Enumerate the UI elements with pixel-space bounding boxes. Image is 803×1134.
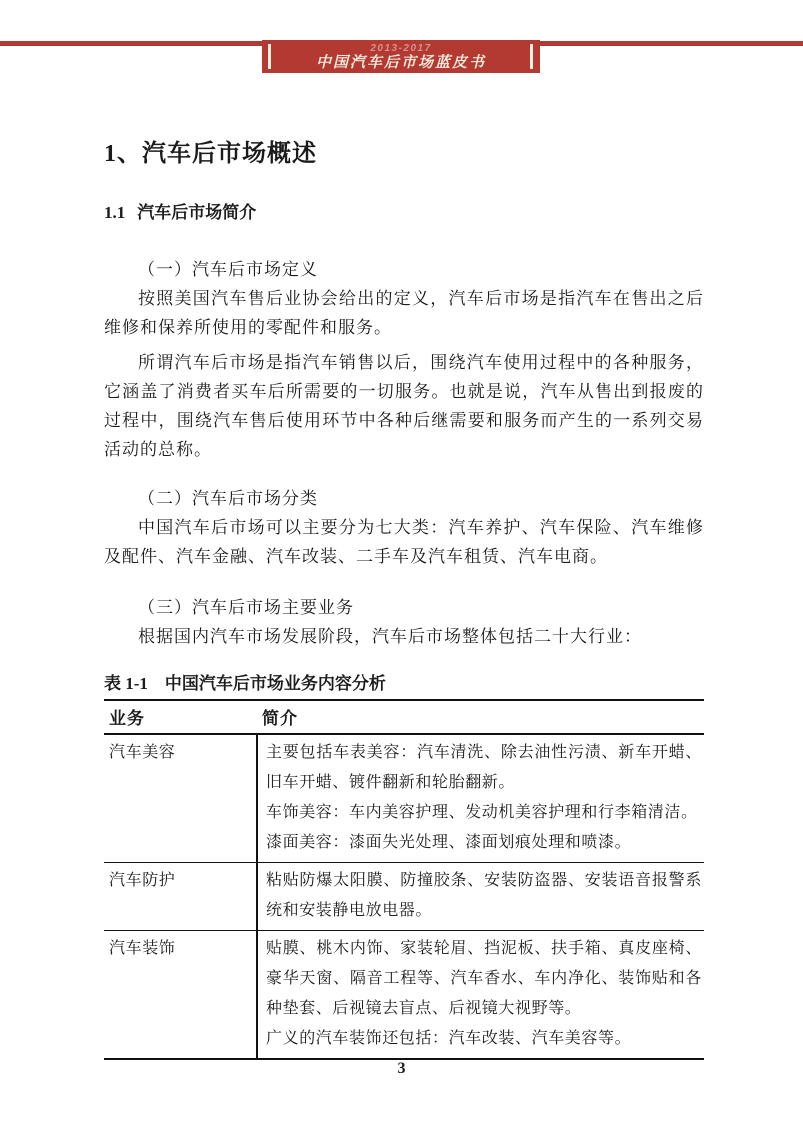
intro-cell: 贴膜、桃木内饰、家装轮眉、挡泥板、扶手箱、真皮座椅、豪华天窗、隔音工程等、汽车香… <box>257 931 704 1060</box>
business-cell: 汽车防护 <box>104 863 257 931</box>
table-row: 汽车美容 主要包括车表美容：汽车清洗、除去油性污渍、新车开蜡、旧车开蜡、镀件翻新… <box>104 734 704 863</box>
paragraph-scope: 所谓汽车后市场是指汽车销售以后，围绕汽车使用过程中的各种服务，它涵盖了消费者买车… <box>104 348 704 464</box>
subheading-definition: （一）汽车后市场定义 <box>104 255 704 284</box>
intro-cell: 粘贴防爆太阳膜、防撞胶条、安装防盗器、安装语音报警系统和安装静电放电器。 <box>257 863 704 931</box>
intro-line: 贴膜、桃木内饰、家装轮眉、挡泥板、扶手箱、真皮座椅、豪华天窗、隔音工程等、汽车香… <box>266 934 702 1024</box>
intro-line: 漆面美容：漆面失光处理、漆面划痕处理和喷漆。 <box>266 828 702 858</box>
document-page: 2013-2017 中国汽车后市场蓝皮书 1、汽车后市场概述 1.1汽车后市场简… <box>0 0 803 1134</box>
table-caption: 表 1-1 中国汽车后市场业务内容分析 <box>104 672 704 696</box>
column-header-intro: 简介 <box>257 700 704 734</box>
table-row: 汽车防护 粘贴防爆太阳膜、防撞胶条、安装防盗器、安装语音报警系统和安装静电放电器… <box>104 863 704 931</box>
section-heading: 1.1汽车后市场简介 <box>104 201 704 225</box>
intro-line: 车饰美容：车内美容护理、发动机美容护理和行李箱清洁。 <box>266 798 702 828</box>
subheading-main-business: （三）汽车后市场主要业务 <box>104 593 704 622</box>
section-number: 1.1 <box>104 203 125 222</box>
business-cell: 汽车美容 <box>104 734 257 863</box>
paragraph-main-business: 根据国内汽车市场发展阶段，汽车后市场整体包括二十大行业： <box>104 622 704 651</box>
paragraph-classification: 中国汽车后市场可以主要分为七大类：汽车养护、汽车保险、汽车维修及配件、汽车金融、… <box>104 513 704 571</box>
column-header-business: 业务 <box>104 700 257 734</box>
page-content: 1、汽车后市场概述 1.1汽车后市场简介 （一）汽车后市场定义 按照美国汽车售后… <box>104 0 704 1060</box>
table-header-row: 业务 简介 <box>104 700 704 734</box>
intro-cell: 主要包括车表美容：汽车清洗、除去油性污渍、新车开蜡、旧车开蜡、镀件翻新和轮胎翻新… <box>257 734 704 863</box>
business-cell: 汽车装饰 <box>104 931 257 1060</box>
business-table: 业务 简介 汽车美容 主要包括车表美容：汽车清洗、除去油性污渍、新车开蜡、旧车开… <box>104 699 704 1060</box>
intro-line: 粘贴防爆太阳膜、防撞胶条、安装防盗器、安装语音报警系统和安装静电放电器。 <box>266 866 702 926</box>
intro-line: 广义的汽车装饰还包括：汽车改装、汽车美容等。 <box>266 1024 702 1054</box>
section-title: 汽车后市场简介 <box>137 203 256 222</box>
table-row: 汽车装饰 贴膜、桃木内饰、家装轮眉、挡泥板、扶手箱、真皮座椅、豪华天窗、隔音工程… <box>104 931 704 1060</box>
paragraph-definition: 按照美国汽车售后业协会给出的定义，汽车后市场是指汽车在售出之后维修和保养所使用的… <box>104 284 704 342</box>
page-number: 3 <box>0 1060 803 1078</box>
intro-line: 主要包括车表美容：汽车清洗、除去油性污渍、新车开蜡、旧车开蜡、镀件翻新和轮胎翻新… <box>266 738 702 798</box>
chapter-title: 1、汽车后市场概述 <box>104 138 704 170</box>
subheading-classification: （二）汽车后市场分类 <box>104 484 704 513</box>
